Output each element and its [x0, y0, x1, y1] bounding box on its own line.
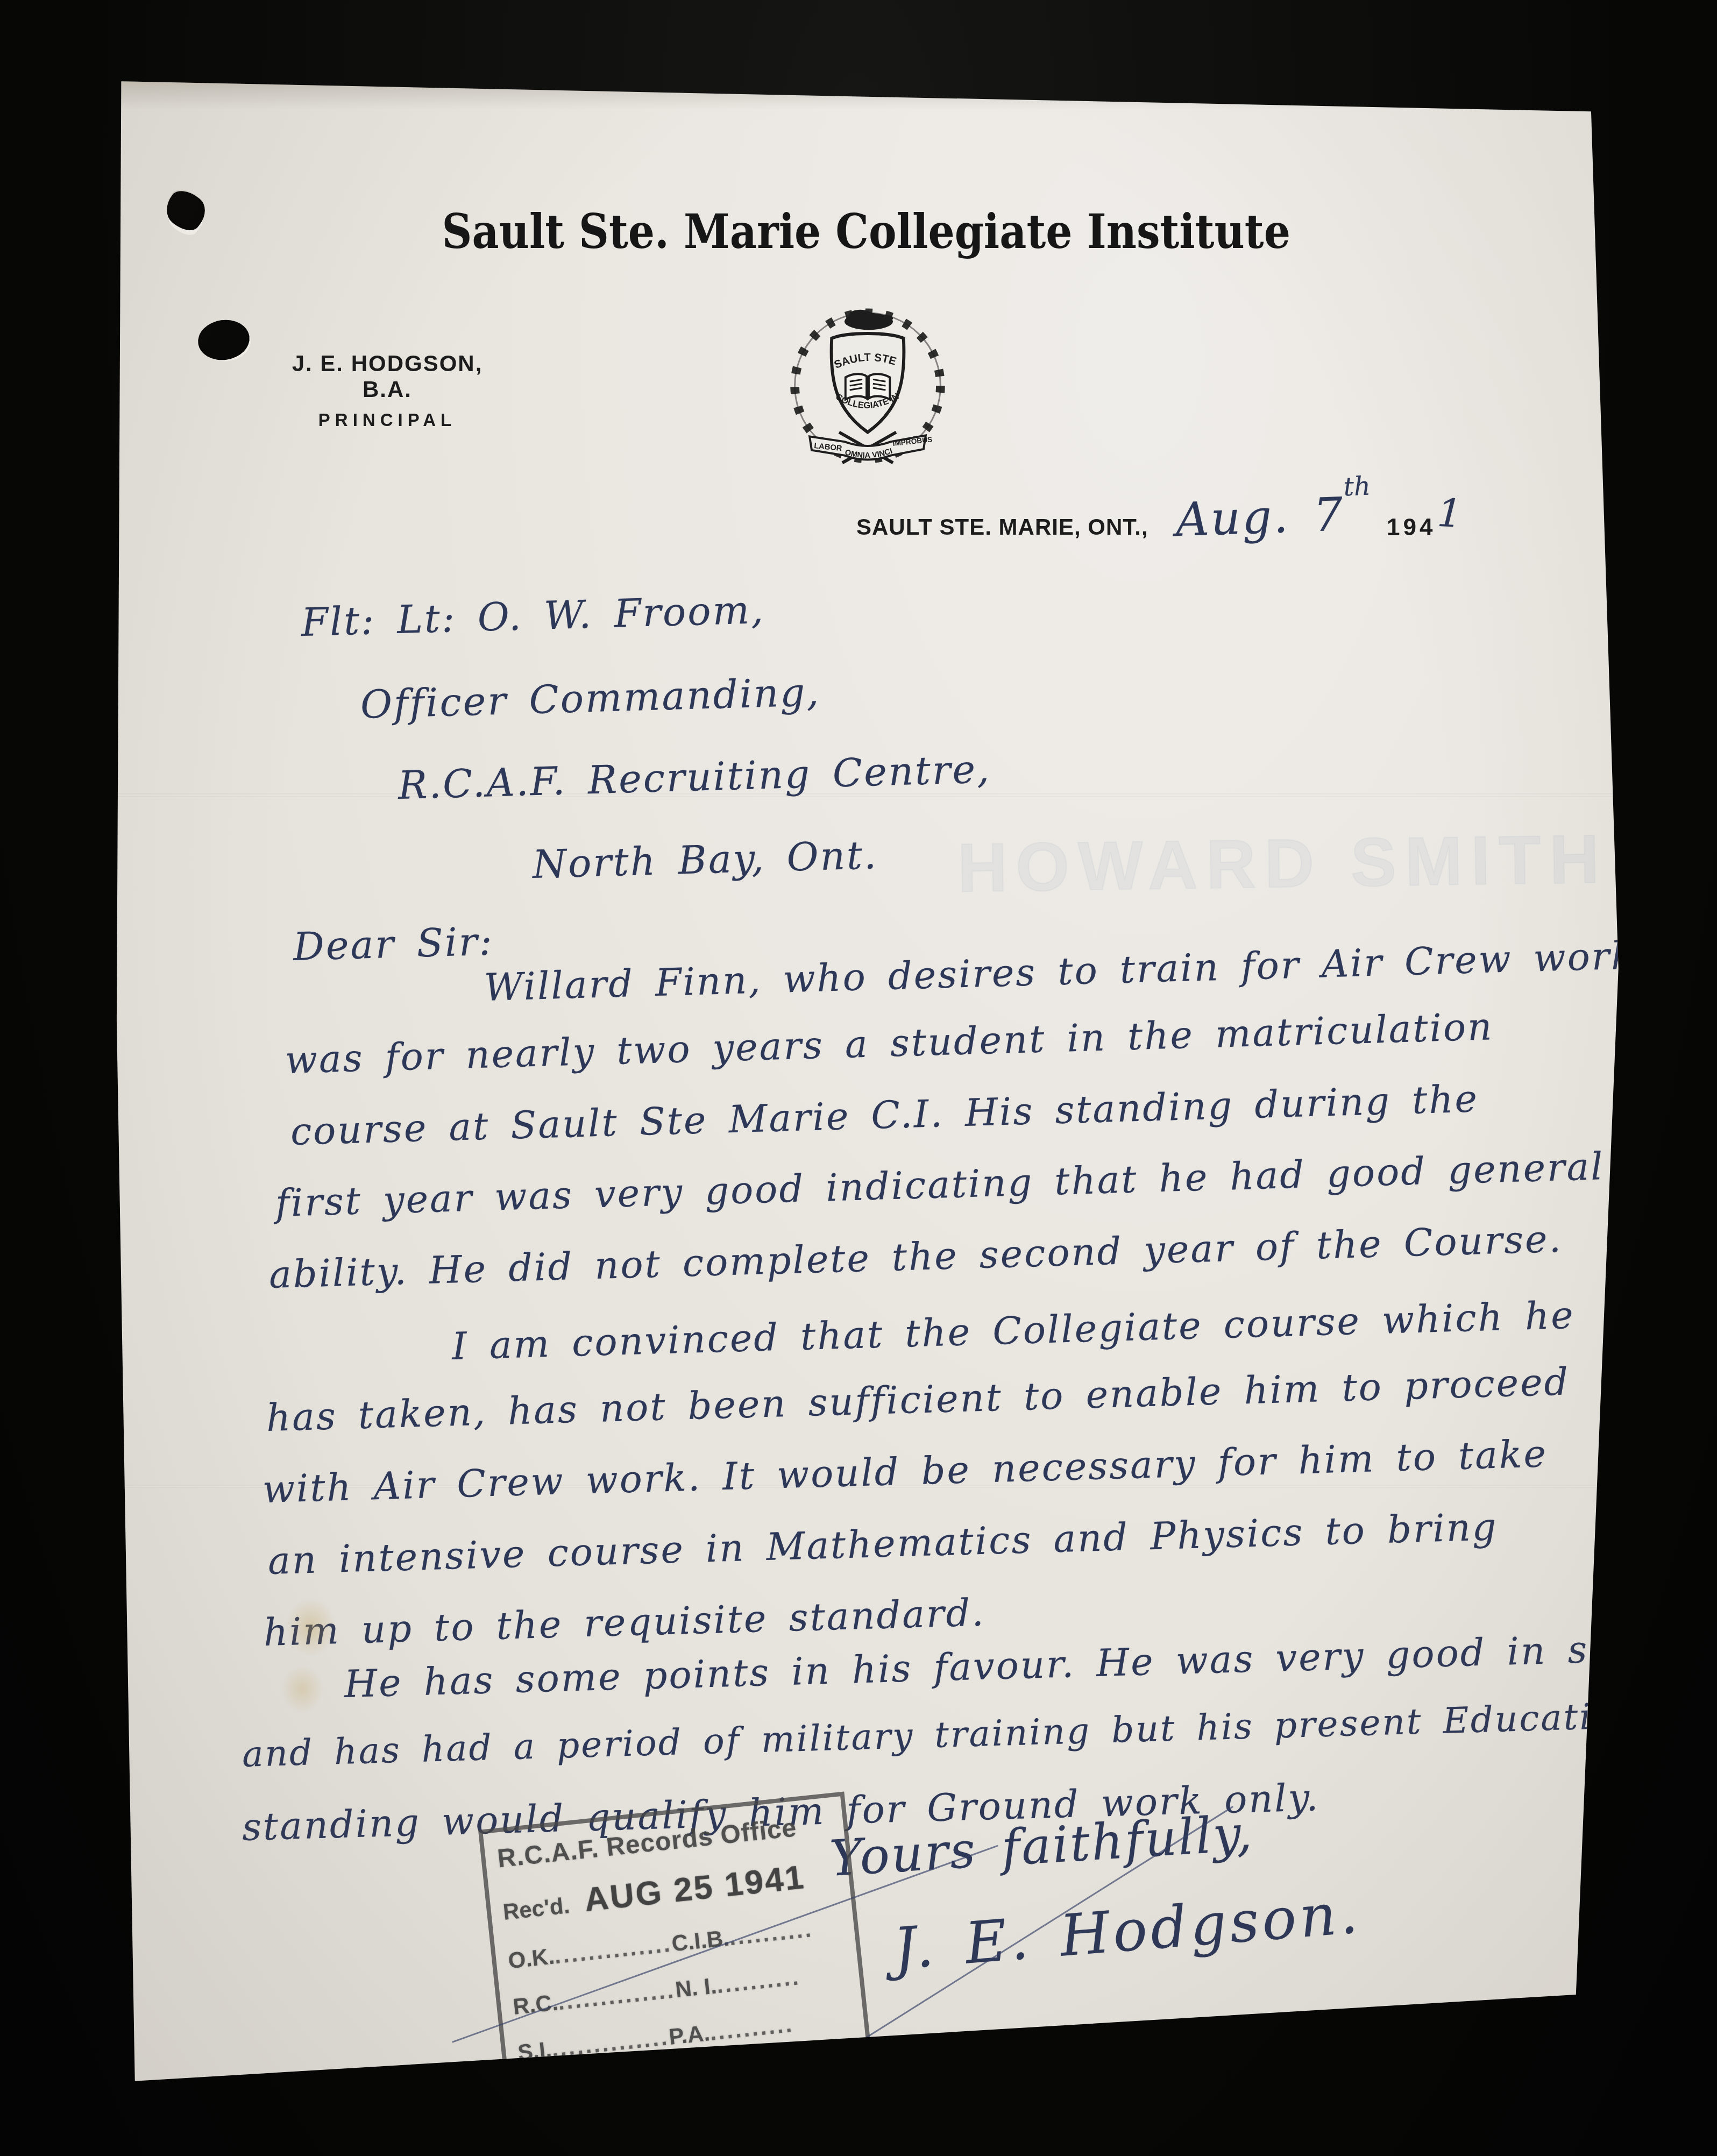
punch-hole: [195, 317, 252, 364]
dotted-leader: ..........: [715, 1964, 802, 1998]
principal-block: J. E. HODGSON, B.A. PRINCIPAL: [266, 351, 508, 430]
date-ordinal: th: [1343, 471, 1371, 502]
handwritten-year-digit: 1: [1436, 490, 1465, 536]
stamp-label-left: S.I.: [516, 2037, 553, 2065]
recipient-line: Flt: Lt: O. W. Froom,: [301, 587, 765, 645]
letter-body-line: has taken, has not been sufficient to en…: [266, 1359, 1570, 1440]
letter-body-line: an intensive course in Mathematics and P…: [267, 1505, 1499, 1583]
stamp-label-right: P.A.: [668, 2020, 711, 2049]
school-crest: SAULT STE MARIE COLLEGIATE INSTITUTE LAB…: [783, 306, 952, 474]
dotted-leader: ..............: [553, 1931, 673, 1969]
letter-body-line: him up to the requisite standard.: [263, 1591, 986, 1655]
salutation: Dear Sir:: [293, 919, 494, 969]
letter-body-line: first year was very good indicating that…: [275, 1144, 1605, 1225]
stamp-label-left: O.K.: [507, 1944, 556, 1974]
letter-paper: HOWARD SMITH Sault Ste. Marie Collegiate…: [108, 75, 1624, 2087]
printed-year: 194: [1387, 514, 1436, 541]
letterhead-school-name: Sault Ste. Marie Collegiate Institute: [108, 203, 1624, 259]
letter-body-line: and has had a period of military trainin…: [242, 1694, 1676, 1775]
stamp-label-left: R.C.: [512, 1989, 559, 2019]
recipient-line: R.C.A.F. Recruiting Centre,: [398, 746, 991, 808]
letterhead-school-name-text: Sault Ste. Marie Collegiate Institute: [442, 203, 1290, 259]
letter-body-line: ability. He did not complete the second …: [268, 1217, 1563, 1297]
scan-background: { "colors": { "background": "#070706", "…: [0, 0, 1717, 2156]
stamp-label-right: N. I.: [674, 1973, 718, 2002]
stamp-received-date: AUG 25 1941: [583, 1859, 807, 1919]
crest-beaver: [845, 310, 893, 330]
principal-title: PRINCIPAL: [266, 410, 508, 430]
letter-body-line: was for nearly two years a student in th…: [285, 1004, 1494, 1082]
letter-body-line: I am convinced that the Collegiate cours…: [451, 1293, 1576, 1368]
rcaf-records-stamp: R.C.A.F. Records Office Rec'd. AUG 25 19…: [478, 1792, 877, 2140]
letter-body-line: Willard Finn, who desires to train for A…: [484, 933, 1650, 1010]
dotted-leader: ..............: [550, 2024, 670, 2062]
letter-body-line: with Air Crew work. It would be necessar…: [262, 1431, 1548, 1512]
handwritten-date: Aug. 7th: [1174, 471, 1372, 548]
paper-watermark: HOWARD SMITH: [957, 820, 1608, 908]
crest-open-book: [846, 374, 890, 399]
dotted-leader: ..........: [708, 2011, 795, 2045]
dateline-city: SAULT STE. MARIE, ONT.,: [856, 514, 1148, 540]
stain-mark: [281, 1665, 324, 1713]
recipient-line: North Bay, Ont.: [532, 832, 878, 887]
recipient-line: Officer Commanding,: [360, 669, 821, 727]
principal-name: J. E. HODGSON, B.A.: [266, 351, 508, 402]
signature-handwritten: J. E. Hodgson.: [891, 1880, 1364, 1982]
stain-mark: [285, 1598, 336, 1657]
handwritten-month-day: Aug. 7: [1175, 487, 1345, 547]
stamp-received-label: Rec'd.: [502, 1892, 571, 1925]
letter-body-line: course at Sault Ste Marie C.I. His stand…: [290, 1076, 1479, 1154]
dotted-leader: ..........: [728, 1916, 814, 1950]
